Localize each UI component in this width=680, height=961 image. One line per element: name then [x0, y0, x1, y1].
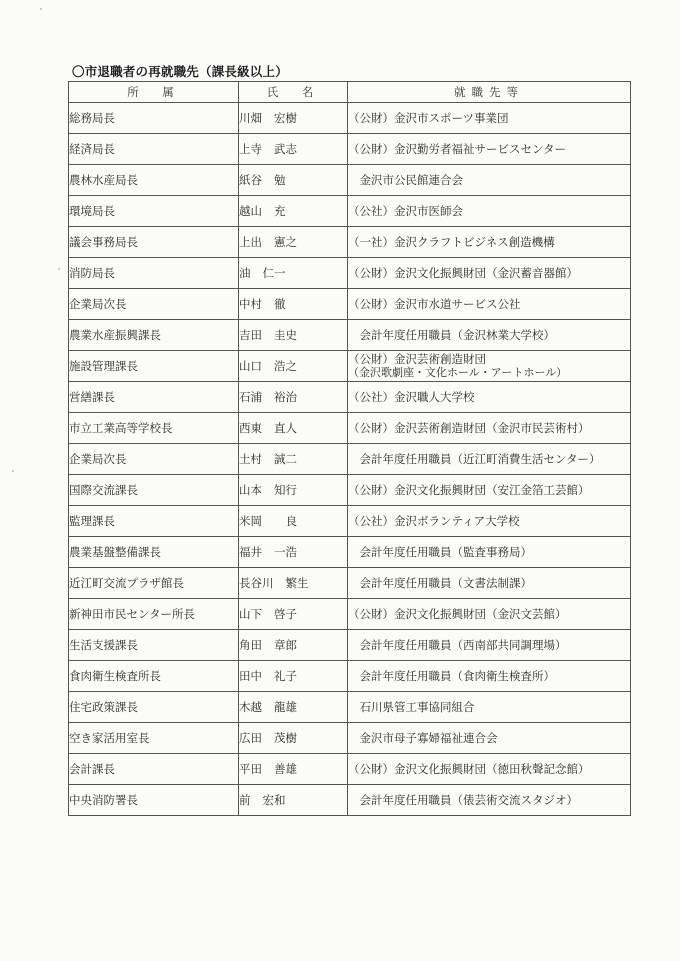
- table-row: 市立工業高等学校長西東直人（公財）金沢芸術創造財団（金沢市民芸術村）: [69, 413, 631, 444]
- table-row: 施設管理課長山口浩之（公財）金沢芸術創造財団（金沢歌劇座・文化ホール・アートホー…: [69, 351, 631, 382]
- department-cell: 消防局長: [69, 258, 239, 289]
- table-row: 国際交流課長山本知行（公財）金沢文化振興財団（安江金箔工芸館）: [69, 475, 631, 506]
- department-cell: 食肉衛生検査所長: [69, 661, 239, 692]
- name-cell: 上寺武志: [239, 134, 348, 165]
- surname: 吉田: [239, 328, 262, 342]
- document-title: 〇市退職者の再就職先（課長級以上）: [72, 62, 288, 80]
- table-row: 農林水産局長紙谷勉 金沢市公民館連合会: [69, 165, 631, 196]
- destination-line1: 会計年度任用職員（食肉衛生検査所）: [348, 669, 555, 683]
- given-name: 知行: [274, 483, 297, 497]
- destination-line1: 石川県管工事協同組合: [348, 700, 475, 714]
- destination-cell: （公財）金沢勤労者福祉サービスセンター: [348, 134, 631, 165]
- table-row: 営繕課長石浦裕治（公社）金沢職人大学校: [69, 382, 631, 413]
- table-row: 農業水産振興課長吉田圭史 会計年度任用職員（金沢林業大学校）: [69, 320, 631, 351]
- destination-line1: （公財）金沢文化振興財団（金沢文芸館）: [348, 607, 567, 621]
- destination-line1: （公財）金沢勤労者福祉サービスセンター: [348, 142, 566, 156]
- given-name: 啓子: [274, 607, 297, 621]
- name-cell: 田中礼子: [239, 661, 348, 692]
- department-cell: 中央消防署長: [69, 785, 239, 816]
- destination-line1: 会計年度任用職員（近江町消費生活センター）: [348, 452, 601, 466]
- surname: 紙谷: [239, 173, 262, 187]
- table-row: 企業局次長中村徹（公財）金沢市水道サービス公社: [69, 289, 631, 320]
- destination-line1: （公財）金沢文化振興財団（金沢蓄音器館）: [348, 266, 578, 280]
- table-row: 近江町交流プラザ館長長谷川繁生 会計年度任用職員（文書法制課）: [69, 568, 631, 599]
- name-cell: 広田茂樹: [239, 723, 348, 754]
- department-cell: 農業水産振興課長: [69, 320, 239, 351]
- department-cell: 農業基盤整備課長: [69, 537, 239, 568]
- table-row: 食肉衛生検査所長田中礼子 会計年度任用職員（食肉衛生検査所）: [69, 661, 631, 692]
- destination-line1: 会計年度任用職員（西南部共同調理場）: [348, 638, 567, 652]
- surname: 広田: [239, 731, 262, 745]
- table-row: 生活支援課長角田章郎 会計年度任用職員（西南部共同調理場）: [69, 630, 631, 661]
- table-row: 総務局長川畑宏樹（公財）金沢市スポーツ事業団: [69, 103, 631, 134]
- destination-cell: 会計年度任用職員（金沢林業大学校）: [348, 320, 631, 351]
- given-name: 宏樹: [274, 111, 297, 125]
- surname: 山本: [239, 483, 262, 497]
- destination-cell: 会計年度任用職員（食肉衛生検査所）: [348, 661, 631, 692]
- name-cell: 越山充: [239, 196, 348, 227]
- surname: 平田: [239, 762, 262, 776]
- given-name: 圭史: [274, 328, 297, 342]
- department-cell: 企業局次長: [69, 289, 239, 320]
- column-header-department: 所 属: [69, 82, 239, 103]
- surname: 西東: [239, 421, 262, 435]
- destination-line1: 会計年度任用職員（金沢林業大学校）: [348, 328, 555, 342]
- department-cell: 議会事務局長: [69, 227, 239, 258]
- given-name: 誠二: [274, 452, 297, 466]
- given-name: 茂樹: [274, 731, 297, 745]
- department-cell: 環境局長: [69, 196, 239, 227]
- department-cell: 総務局長: [69, 103, 239, 134]
- scan-speck: [40, 8, 42, 10]
- destination-cell: 会計年度任用職員（文書法制課）: [348, 568, 631, 599]
- name-cell: 山本知行: [239, 475, 348, 506]
- destination-line1: 会計年度任用職員（監査事務局）: [348, 545, 532, 559]
- name-cell: 吉田圭史: [239, 320, 348, 351]
- surname: 山口: [239, 359, 262, 373]
- destination-line1: （公財）金沢文化振興財団（安江金箔工芸館）: [348, 483, 590, 497]
- destination-line1: （一社）金沢クラフトビジネス創造機構: [348, 235, 555, 249]
- given-name: 裕治: [274, 390, 297, 404]
- destination-cell: （公社）金沢ボランティア大学校: [348, 506, 631, 537]
- surname: 上出: [239, 235, 262, 249]
- destination-line1: （公社）金沢市医師会: [348, 204, 463, 218]
- name-cell: 山口浩之: [239, 351, 348, 382]
- table-row: 議会事務局長上出憲之（一社）金沢クラフトビジネス創造機構: [69, 227, 631, 258]
- given-name: 直人: [274, 421, 297, 435]
- destination-cell: （公財）金沢市スポーツ事業団: [348, 103, 631, 134]
- scan-speck: [12, 470, 14, 472]
- table-row: 監理課長米岡 良（公社）金沢ボランティア大学校: [69, 506, 631, 537]
- surname: 越山: [239, 204, 262, 218]
- given-name: 勉: [274, 173, 286, 187]
- destination-cell: 石川県管工事協同組合: [348, 692, 631, 723]
- name-cell: 木越龍雄: [239, 692, 348, 723]
- destination-line1: 会計年度任用職員（文書法制課）: [348, 576, 532, 590]
- given-name: 仁一: [263, 266, 286, 280]
- name-cell: 福井一浩: [239, 537, 348, 568]
- surname: 福井: [239, 545, 262, 559]
- table-row: 企業局次長土村誠二 会計年度任用職員（近江町消費生活センター）: [69, 444, 631, 475]
- destination-line1: 金沢市公民館連合会: [348, 173, 463, 187]
- destination-line1: 金沢市母子寡婦福祉連合会: [348, 731, 498, 745]
- department-cell: 監理課長: [69, 506, 239, 537]
- destination-line1: （公財）金沢芸術創造財団（金沢市民芸術村）: [348, 421, 590, 435]
- destination-cell: （公財）金沢文化振興財団（徳田秋聲記念館）: [348, 754, 631, 785]
- department-cell: 空き家活用室長: [69, 723, 239, 754]
- name-cell: 長谷川繁生: [239, 568, 348, 599]
- department-cell: 市立工業高等学校長: [69, 413, 239, 444]
- surname: 川畑: [239, 111, 262, 125]
- name-cell: 石浦裕治: [239, 382, 348, 413]
- destination-cell: 会計年度任用職員（西南部共同調理場）: [348, 630, 631, 661]
- name-cell: 西東直人: [239, 413, 348, 444]
- destination-cell: （公財）金沢芸術創造財団（金沢歌劇座・文化ホール・アートホール）: [348, 351, 631, 382]
- department-cell: 住宅政策課長: [69, 692, 239, 723]
- given-name: 一浩: [274, 545, 297, 559]
- destination-cell: （公財）金沢芸術創造財団（金沢市民芸術村）: [348, 413, 631, 444]
- given-name: 礼子: [274, 669, 297, 683]
- reemployment-table: 所 属 氏 名 就職先等 総務局長川畑宏樹（公財）金沢市スポーツ事業団経済局長上…: [68, 81, 631, 816]
- given-name: 章郎: [274, 638, 297, 652]
- destination-line1: （公社）金沢職人大学校: [348, 390, 475, 404]
- department-cell: 近江町交流プラザ館長: [69, 568, 239, 599]
- table-row: 中央消防署長前宏和 会計年度任用職員（俵芸術交流スタジオ）: [69, 785, 631, 816]
- destination-cell: （公社）金沢職人大学校: [348, 382, 631, 413]
- name-cell: 角田章郎: [239, 630, 348, 661]
- destination-line1: （公財）金沢市スポーツ事業団: [348, 111, 509, 125]
- destination-cell: 金沢市公民館連合会: [348, 165, 631, 196]
- surname: 山下: [239, 607, 262, 621]
- destination-cell: （公社）金沢市医師会: [348, 196, 631, 227]
- department-cell: 国際交流課長: [69, 475, 239, 506]
- table-row: 新神田市民センター所長山下啓子（公財）金沢文化振興財団（金沢文芸館）: [69, 599, 631, 630]
- column-header-destination: 就職先等: [348, 82, 631, 103]
- department-cell: 施設管理課長: [69, 351, 239, 382]
- given-name: 浩之: [274, 359, 297, 373]
- surname: 角田: [239, 638, 262, 652]
- department-cell: 新神田市民センター所長: [69, 599, 239, 630]
- name-cell: 平田善雄: [239, 754, 348, 785]
- name-cell: 米岡 良: [239, 506, 348, 537]
- destination-cell: （公財）金沢文化振興財団（安江金箔工芸館）: [348, 475, 631, 506]
- table-row: 消防局長油仁一（公財）金沢文化振興財団（金沢蓄音器館）: [69, 258, 631, 289]
- given-name: 善雄: [274, 762, 297, 776]
- given-name: 徹: [274, 297, 286, 311]
- department-cell: 企業局次長: [69, 444, 239, 475]
- destination-line1: （公財）金沢文化振興財団（徳田秋聲記念館）: [348, 762, 590, 776]
- scan-speck: [58, 268, 60, 270]
- destination-cell: 会計年度任用職員（近江町消費生活センター）: [348, 444, 631, 475]
- name-cell: 中村徹: [239, 289, 348, 320]
- destination-line1: （公財）金沢芸術創造財団: [348, 352, 486, 366]
- destination-cell: （公財）金沢文化振興財団（金沢文芸館）: [348, 599, 631, 630]
- destination-cell: 金沢市母子寡婦福祉連合会: [348, 723, 631, 754]
- table-row: 住宅政策課長木越龍雄 石川県管工事協同組合: [69, 692, 631, 723]
- name-cell: 上出憲之: [239, 227, 348, 258]
- department-cell: 経済局長: [69, 134, 239, 165]
- given-name: 龍雄: [274, 700, 297, 714]
- given-name: 繁生: [286, 576, 309, 590]
- surname: 田中: [239, 669, 262, 683]
- table-row: 空き家活用室長広田茂樹 金沢市母子寡婦福祉連合会: [69, 723, 631, 754]
- surname: 長谷川: [239, 576, 274, 590]
- given-name: 充: [274, 204, 286, 218]
- destination-cell: （公財）金沢文化振興財団（金沢蓄音器館）: [348, 258, 631, 289]
- given-name: 憲之: [274, 235, 297, 249]
- given-name: 良: [274, 514, 297, 528]
- department-cell: 農林水産局長: [69, 165, 239, 196]
- name-cell: 前宏和: [239, 785, 348, 816]
- surname: 油: [239, 266, 251, 280]
- name-cell: 紙谷勉: [239, 165, 348, 196]
- table-row: 経済局長上寺武志（公財）金沢勤労者福祉サービスセンター: [69, 134, 631, 165]
- surname: 中村: [239, 297, 262, 311]
- department-cell: 生活支援課長: [69, 630, 239, 661]
- column-header-name: 氏 名: [239, 82, 348, 103]
- destination-line1: （公財）金沢市水道サービス公社: [348, 297, 521, 311]
- department-cell: 会計課長: [69, 754, 239, 785]
- table-row: 農業基盤整備課長福井一浩 会計年度任用職員（監査事務局）: [69, 537, 631, 568]
- destination-cell: 会計年度任用職員（俵芸術交流スタジオ）: [348, 785, 631, 816]
- table-header-row: 所 属 氏 名 就職先等: [69, 82, 631, 103]
- destination-cell: （公財）金沢市水道サービス公社: [348, 289, 631, 320]
- department-cell: 営繕課長: [69, 382, 239, 413]
- destination-line1: （公社）金沢ボランティア大学校: [348, 514, 520, 528]
- name-cell: 油仁一: [239, 258, 348, 289]
- surname: 米岡: [239, 514, 262, 528]
- name-cell: 山下啓子: [239, 599, 348, 630]
- name-cell: 土村誠二: [239, 444, 348, 475]
- name-cell: 川畑宏樹: [239, 103, 348, 134]
- table-row: 環境局長越山充（公社）金沢市医師会: [69, 196, 631, 227]
- surname: 前: [239, 793, 251, 807]
- destination-cell: 会計年度任用職員（監査事務局）: [348, 537, 631, 568]
- destination-line1: 会計年度任用職員（俵芸術交流スタジオ）: [348, 793, 578, 807]
- given-name: 武志: [274, 142, 297, 156]
- destination-cell: （一社）金沢クラフトビジネス創造機構: [348, 227, 631, 258]
- given-name: 宏和: [263, 793, 286, 807]
- table-row: 会計課長平田善雄（公財）金沢文化振興財団（徳田秋聲記念館）: [69, 754, 631, 785]
- surname: 土村: [239, 452, 262, 466]
- surname: 石浦: [239, 390, 262, 404]
- surname: 木越: [239, 700, 262, 714]
- destination-line2: （金沢歌劇座・文化ホール・アートホール）: [348, 366, 630, 379]
- surname: 上寺: [239, 142, 262, 156]
